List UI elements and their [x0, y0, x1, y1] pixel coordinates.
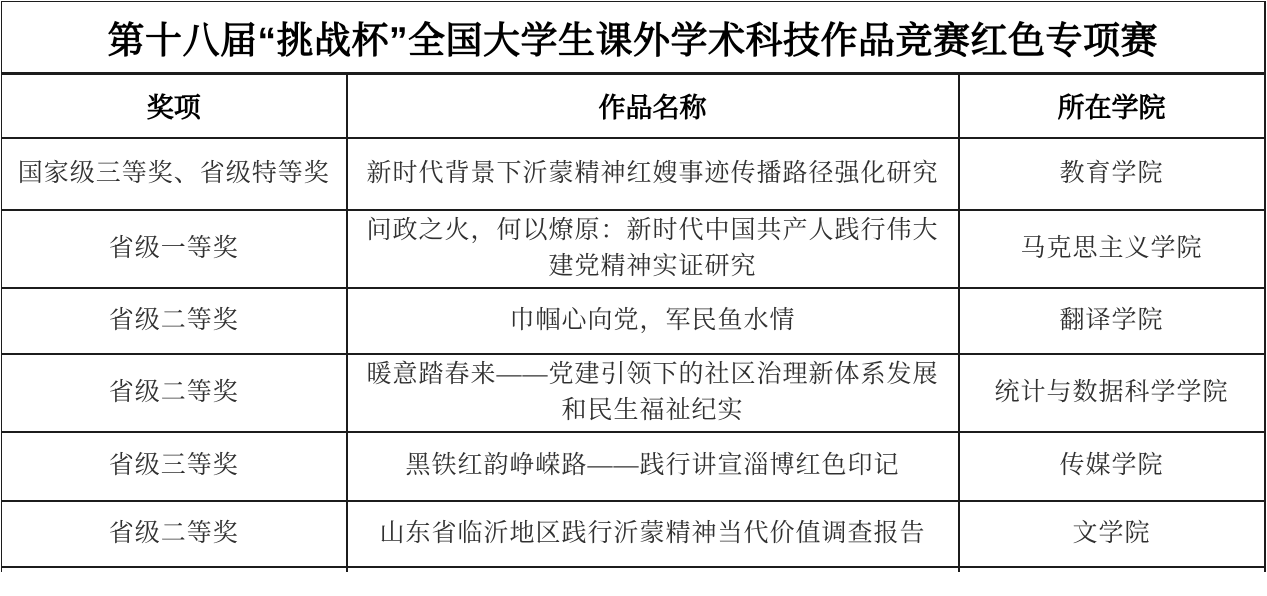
- column-header-college: 所在学院: [959, 74, 1265, 138]
- cropped-cell: [2, 567, 347, 572]
- award-cell: 省级二等奖: [2, 501, 347, 567]
- table-row: 省级二等奖 山东省临沂地区践行沂蒙精神当代价值调查报告 文学院: [2, 501, 1265, 567]
- table-title-row: 第十八届“挑战杯”全国大学生课外学术科技作品竞赛红色专项赛: [2, 2, 1265, 74]
- table-row: 省级三等奖 黑铁红韵峥嵘路——践行讲宣淄博红色印记 传媒学院: [2, 432, 1265, 501]
- table-row: 国家级三等奖、省级特等奖 新时代背景下沂蒙精神红嫂事迹传播路径强化研究 教育学院: [2, 138, 1265, 210]
- table-row: 省级二等奖 暖意踏春来——党建引领下的社区治理新体系发展 和民生福祉纪实 统计与…: [2, 354, 1265, 432]
- table-row: 省级二等奖 巾帼心向党，军民鱼水情 翻译学院: [2, 288, 1265, 354]
- work-cell: 黑铁红韵峥嵘路——践行讲宣淄博红色印记: [347, 432, 959, 501]
- college-cell: 翻译学院: [959, 288, 1265, 354]
- work-cell: 新时代背景下沂蒙精神红嫂事迹传播路径强化研究: [347, 138, 959, 210]
- college-cell: 统计与数据科学学院: [959, 354, 1265, 432]
- college-cell: 教育学院: [959, 138, 1265, 210]
- column-header-award: 奖项: [2, 74, 347, 138]
- work-cell: 暖意踏春来——党建引领下的社区治理新体系发展 和民生福祉纪实: [347, 354, 959, 432]
- cropped-next-row: [2, 567, 1265, 572]
- college-cell: 马克思主义学院: [959, 210, 1265, 288]
- work-cell: 山东省临沂地区践行沂蒙精神当代价值调查报告: [347, 501, 959, 567]
- document-page: 第十八届“挑战杯”全国大学生课外学术科技作品竞赛红色专项赛 奖项 作品名称 所在…: [0, 1, 1267, 596]
- award-table: 第十八届“挑战杯”全国大学生课外学术科技作品竞赛红色专项赛 奖项 作品名称 所在…: [1, 1, 1266, 572]
- table-header-row: 奖项 作品名称 所在学院: [2, 74, 1265, 138]
- cropped-cell: [959, 567, 1265, 572]
- table-title: 第十八届“挑战杯”全国大学生课外学术科技作品竞赛红色专项赛: [2, 2, 1265, 74]
- award-cell: 国家级三等奖、省级特等奖: [2, 138, 347, 210]
- award-cell: 省级二等奖: [2, 288, 347, 354]
- table-row: 省级一等奖 问政之火，何以燎原：新时代中国共产人践行伟大 建党精神实证研究 马克…: [2, 210, 1265, 288]
- work-cell: 巾帼心向党，军民鱼水情: [347, 288, 959, 354]
- award-cell: 省级三等奖: [2, 432, 347, 501]
- award-cell: 省级二等奖: [2, 354, 347, 432]
- college-cell: 文学院: [959, 501, 1265, 567]
- work-cell: 问政之火，何以燎原：新时代中国共产人践行伟大 建党精神实证研究: [347, 210, 959, 288]
- cropped-cell: [347, 567, 959, 572]
- award-cell: 省级一等奖: [2, 210, 347, 288]
- column-header-work: 作品名称: [347, 74, 959, 138]
- college-cell: 传媒学院: [959, 432, 1265, 501]
